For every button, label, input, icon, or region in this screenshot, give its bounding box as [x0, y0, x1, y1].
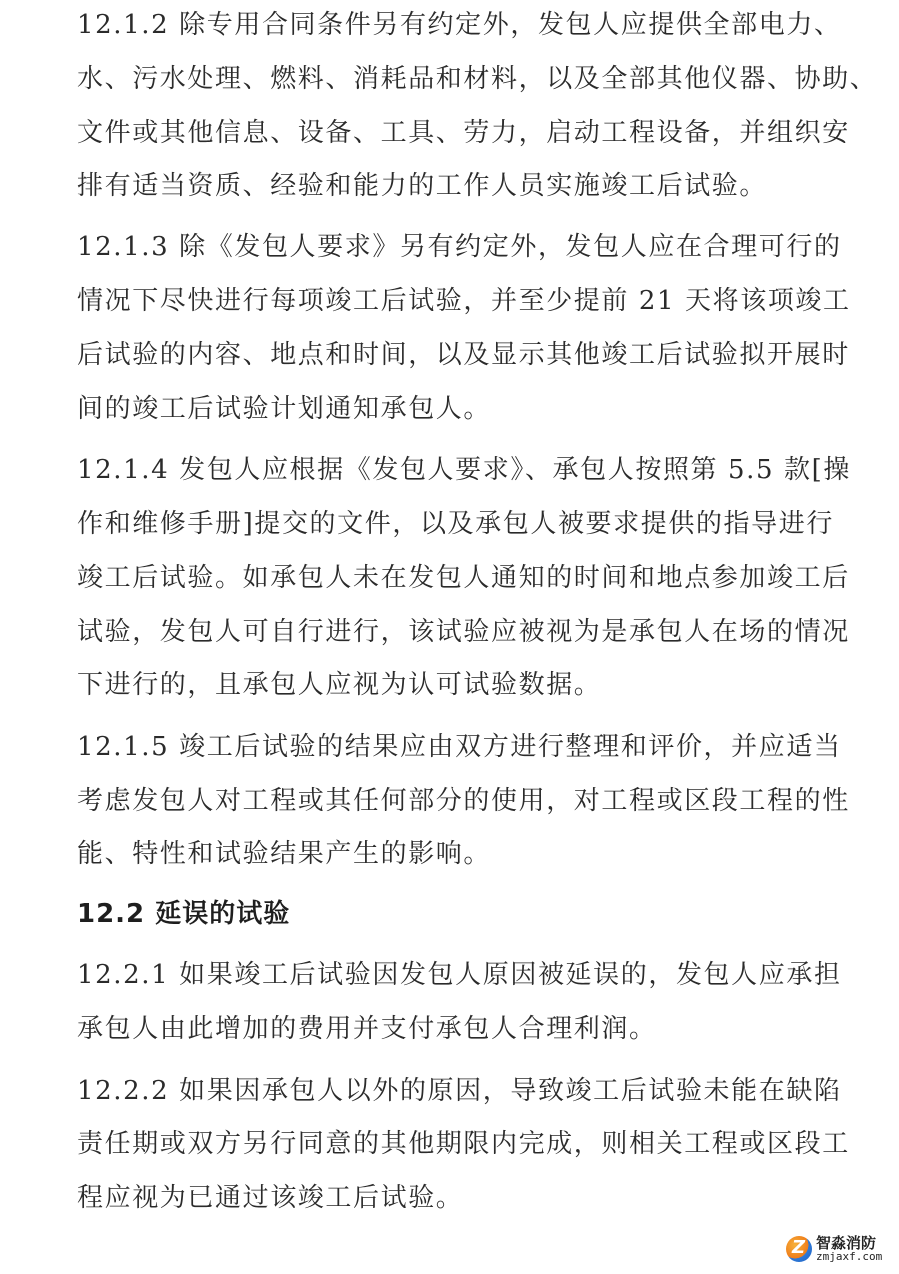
paragraph-12-1-4-line-1: 12.1.4 发包人应根据《发包人要求》、承包人按照第 5.5 款[操 — [77, 455, 837, 485]
watermark-logo: 智淼消防 zmjaxf.com — [786, 1232, 896, 1268]
paragraph-12-2-1-line-1: 12.2.1 如果竣工后试验因发包人原因被延误的，发包人应承担 — [77, 960, 837, 990]
watermark-url: zmjaxf.com — [816, 1250, 882, 1263]
paragraph-12-2-2-line-1: 12.2.2 如果因承包人以外的原因，导致竣工后试验未能在缺陷 — [77, 1076, 837, 1106]
paragraph-12-1-2-line-2: 水、污水处理、燃料、消耗品和材料，以及全部其他仪器、协助、 — [77, 64, 837, 94]
paragraph-12-1-2-line-1: 12.1.2 除专用合同条件另有约定外，发包人应提供全部电力、 — [77, 10, 837, 40]
paragraph-12-1-3-line-2: 情况下尽快进行每项竣工后试验，并至少提前 21 天将该项竣工 — [77, 286, 837, 316]
paragraph-12-1-2-line-4: 排有适当资质、经验和能力的工作人员实施竣工后试验。 — [77, 171, 837, 201]
paragraph-12-1-3-line-1: 12.1.3 除《发包人要求》另有约定外，发包人应在合理可行的 — [77, 232, 837, 262]
paragraph-12-1-4-line-5: 下进行的，且承包人应视为认可试验数据。 — [77, 670, 837, 700]
paragraph-12-1-4-line-4: 试验，发包人可自行进行，该试验应被视为是承包人在场的情况 — [77, 617, 837, 647]
section-heading-12-2: 12.2 延误的试验 — [77, 899, 837, 929]
paragraph-12-2-1-line-2: 承包人由此增加的费用并支付承包人合理利润。 — [77, 1014, 837, 1044]
paragraph-12-1-3-line-4: 间的竣工后试验计划通知承包人。 — [77, 394, 837, 424]
zmj-logo-icon — [786, 1236, 812, 1262]
paragraph-12-1-5-line-1: 12.1.5 竣工后试验的结果应由双方进行整理和评价，并应适当 — [77, 732, 837, 762]
paragraph-12-1-5-line-3: 能、特性和试验结果产生的影响。 — [77, 839, 837, 869]
paragraph-12-1-3-line-3: 后试验的内容、地点和时间，以及显示其他竣工后试验拟开展时 — [77, 340, 837, 370]
paragraph-12-2-2-line-2: 责任期或双方另行同意的其他期限内完成，则相关工程或区段工 — [77, 1129, 837, 1159]
paragraph-12-1-2-line-3: 文件或其他信息、设备、工具、劳力，启动工程设备，并组织安 — [77, 118, 837, 148]
paragraph-12-2-2-line-3: 程应视为已通过该竣工后试验。 — [77, 1183, 837, 1213]
paragraph-12-1-4-line-2: 作和维修手册]提交的文件，以及承包人被要求提供的指导进行 — [77, 509, 837, 539]
paragraph-12-1-4-line-3: 竣工后试验。如承包人未在发包人通知的时间和地点参加竣工后 — [77, 563, 837, 593]
paragraph-12-1-5-line-2: 考虑发包人对工程或其任何部分的使用，对工程或区段工程的性 — [77, 786, 837, 816]
